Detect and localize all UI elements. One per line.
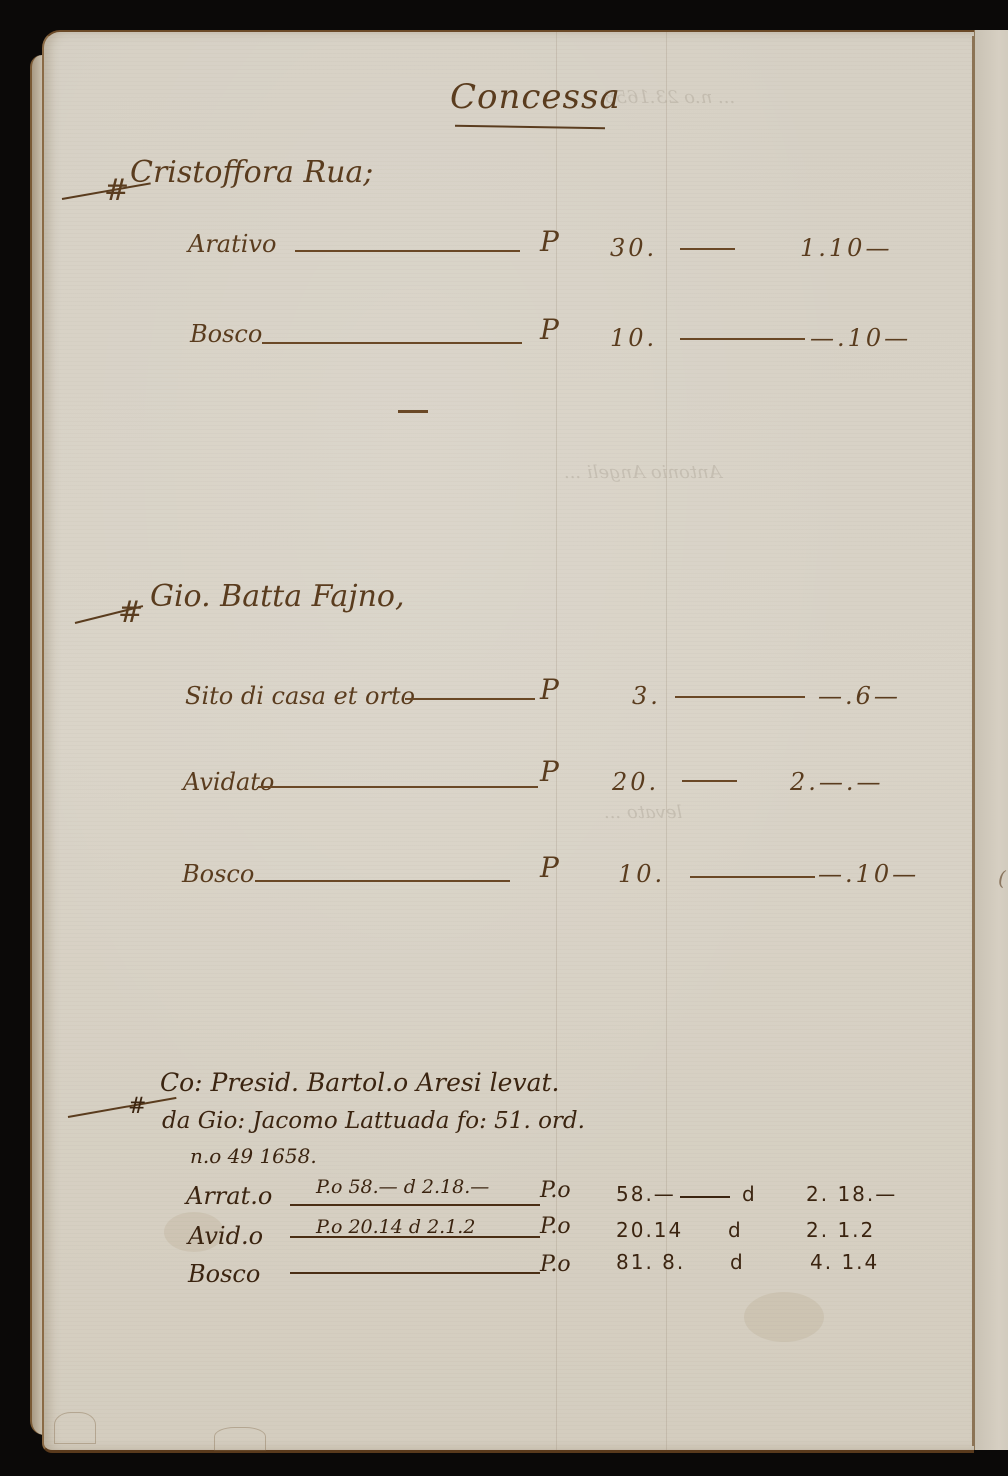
unit-mark: P — [540, 854, 559, 882]
item-label: Avid.o — [188, 1224, 263, 1248]
edge-crease — [214, 1427, 266, 1451]
facing-page-fragment: ( — [998, 868, 1006, 888]
separator-line — [680, 338, 805, 340]
page-heading: Concessa — [450, 80, 621, 114]
area-value: 58.— — [616, 1184, 676, 1204]
entry-holder-line: n.o 49 1658. — [190, 1146, 317, 1166]
entry-holder-name: Gio. Batta Fajno, — [150, 582, 405, 612]
unit-mark: P.o — [540, 1216, 571, 1238]
separator-mark: d — [742, 1184, 757, 1204]
leader-line — [290, 1204, 540, 1206]
amount-value: 2. 18.— — [806, 1184, 897, 1204]
area-value: 20. — [612, 770, 659, 794]
item-label: Arativo — [188, 232, 276, 256]
item-label: Bosco — [188, 1262, 260, 1286]
item-label: Arrat.o — [186, 1184, 272, 1208]
separator-line — [682, 780, 737, 782]
item-label: Avidato — [183, 770, 274, 794]
area-value: 20.14 — [616, 1220, 683, 1240]
item-inline-calc: P.o 20.14 d 2.1.2 — [316, 1218, 475, 1237]
entry-holder-line: da Gio: Jacomo Lattuada fo: 51. ord. — [162, 1110, 585, 1133]
paper-stain — [744, 1292, 824, 1342]
unit-mark: P — [540, 316, 559, 344]
entry-holder-name: Cristoffora Rua; — [130, 158, 373, 188]
amount-value: 2.—.— — [790, 770, 884, 794]
entry-marker: # — [104, 176, 129, 206]
leader-line — [262, 342, 522, 344]
item-label: Bosco — [190, 322, 262, 346]
amount-value: —.10— — [818, 862, 919, 886]
area-value: 81. 8. — [616, 1252, 685, 1272]
leader-line — [290, 1236, 540, 1238]
separator-line — [680, 1196, 730, 1198]
amount-value: 4. 1.4 — [810, 1252, 879, 1272]
bleed-through-text: ... n.o 23.1658 — [604, 87, 735, 108]
area-value: 10. — [610, 326, 657, 350]
facing-page-edge — [974, 30, 1008, 1450]
amount-value: 2. 1.2 — [806, 1220, 875, 1240]
amount-value: —.6— — [818, 684, 901, 708]
separator-mark: d — [728, 1220, 743, 1240]
area-value: 10. — [618, 862, 665, 886]
entry-holder-line: Co: Presid. Bartol.o Aresi levat. — [160, 1070, 560, 1095]
unit-mark: P — [540, 676, 559, 704]
area-value: 3. — [632, 684, 661, 708]
entry-marker: # — [118, 598, 143, 628]
unit-mark: P.o — [540, 1254, 571, 1276]
manuscript-scan: ... n.o 23.1658 Antonio Angeli ... levat… — [0, 0, 1008, 1476]
gutter-fold — [972, 36, 974, 1446]
unit-mark: P.o — [540, 1180, 571, 1202]
leader-line — [295, 250, 520, 252]
separator-line — [675, 696, 805, 698]
corner-crease — [54, 1412, 96, 1444]
entry-marker: # — [128, 1096, 146, 1118]
area-value: 30. — [610, 236, 657, 260]
bleed-through-text: Antonio Angeli ... — [564, 462, 722, 483]
item-label: Sito di casa et orto — [185, 684, 415, 708]
amount-value: 1.10— — [800, 236, 892, 260]
section-divider — [398, 410, 428, 413]
leader-line — [258, 786, 538, 788]
item-label: Bosco — [182, 862, 254, 886]
amount-value: —.10— — [810, 326, 911, 350]
unit-mark: P — [540, 228, 559, 256]
leader-line — [405, 698, 535, 700]
leader-line — [290, 1272, 540, 1274]
separator-line — [680, 248, 735, 250]
separator-line — [690, 876, 815, 878]
leader-line — [255, 880, 510, 882]
item-inline-calc: P.o 58.— d 2.18.— — [316, 1178, 489, 1197]
bleed-through-text: levato ... — [604, 802, 682, 823]
separator-mark: d — [730, 1252, 745, 1272]
unit-mark: P — [540, 758, 559, 786]
